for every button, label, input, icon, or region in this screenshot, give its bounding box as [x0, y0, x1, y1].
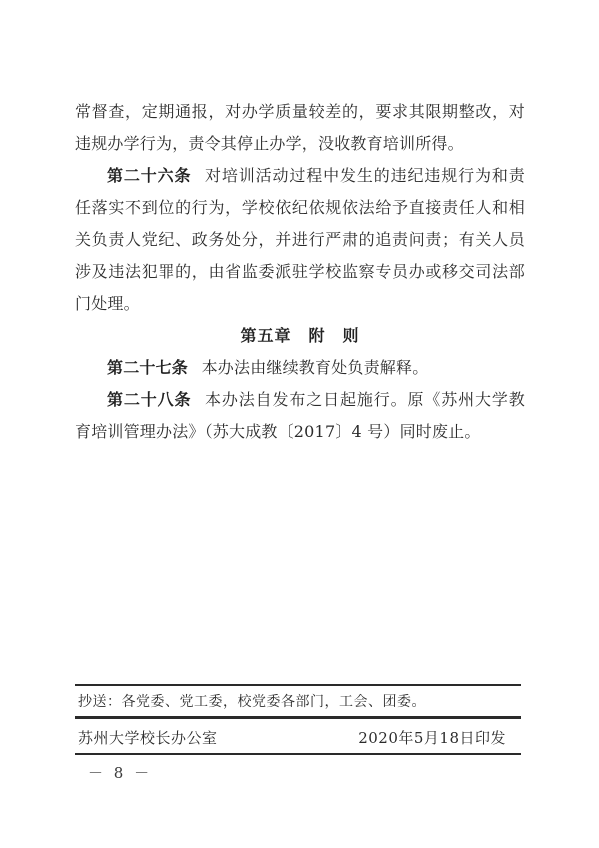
paragraph-text: 本办法由继续教育处负责解释。 [202, 358, 429, 377]
article-number: 第二十八条 [107, 390, 191, 409]
page-number: － 8 － [88, 762, 152, 783]
article-number: 第二十七条 [107, 358, 188, 377]
issuer-row: 苏州大学校长办公室 2020年5月18日印发 [78, 726, 506, 750]
paragraph-text: 常督查，定期通报，对办学质量较差的，要求其限期整改，对违规办学行为，责令其停止办… [75, 102, 525, 153]
footer-rule-bottom [75, 753, 521, 755]
paragraph-article-26: 第二十六条对培训活动过程中发生的违纪违规行为和责任落实不到位的行为，学校依纪依规… [75, 160, 525, 320]
document-body: 常督查，定期通报，对办学质量较差的，要求其限期整改，对违规办学行为，责令其停止办… [75, 96, 525, 448]
paragraph-continuation: 常督查，定期通报，对办学质量较差的，要求其限期整改，对违规办学行为，责令其停止办… [75, 96, 525, 160]
footer-rule-middle [75, 716, 521, 719]
paragraph-article-28: 第二十八条本办法自发布之日起施行。原《苏州大学教育培训管理办法》（苏大成教〔20… [75, 384, 525, 448]
paragraph-article-27: 第二十七条本办法由继续教育处负责解释。 [75, 352, 525, 384]
issuing-office: 苏州大学校长办公室 [78, 726, 218, 750]
article-number: 第二十六条 [107, 166, 191, 185]
document-page: 常督查，定期通报，对办学质量较差的，要求其限期整改，对违规办学行为，责令其停止办… [0, 0, 599, 848]
chapter-heading: 第五章 附 则 [75, 320, 525, 352]
paragraph-text: 对培训活动过程中发生的违纪违规行为和责任落实不到位的行为，学校依纪依规依法给予直… [75, 166, 525, 313]
footer-rule-top [75, 684, 521, 686]
copy-to-line: 抄送：各党委、党工委，校党委各部门，工会、团委。 [78, 690, 521, 714]
print-date: 2020年5月18日印发 [358, 726, 506, 750]
